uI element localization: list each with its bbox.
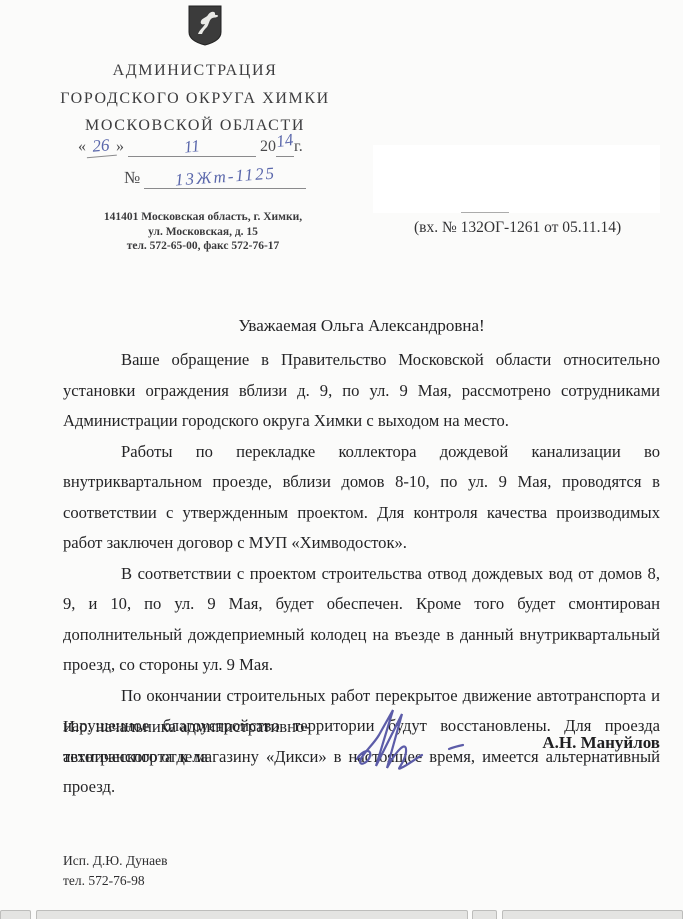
paragraph-1: Ваше обращение в Правительство Московско… — [63, 345, 660, 437]
scan-edge-segment — [0, 910, 31, 919]
executor-name: Исп. Д.Ю. Дунаев — [63, 851, 167, 871]
executor-phone: тел. 572-76-98 — [63, 871, 167, 891]
handwritten-day: 26 — [85, 135, 117, 159]
incoming-stamp: (вх. № 132ОГ-1261 от 05.11.14) — [414, 219, 669, 237]
paragraph-2: Работы по перекладке коллектора дождевой… — [63, 437, 660, 559]
letterhead-address: 141401 Московская область, г. Химки, ул.… — [8, 210, 398, 254]
date-line: «26» 11 2014г. — [78, 136, 303, 157]
handwritten-year: 14 — [276, 136, 294, 157]
number-label: № — [124, 168, 140, 187]
outgoing-number-line: №13Жт-1125 — [124, 168, 306, 189]
letterhead-org-name: АДМИНИСТРАЦИЯ ГОРОДСКОГО ОКРУГА ХИМКИ МО… — [0, 57, 390, 140]
scan-edge-segment — [36, 910, 468, 919]
paragraph-3: В соответствии с проектом строительства … — [63, 559, 660, 681]
signer-position-line-2: технического отдела — [63, 742, 310, 772]
redacted-underline — [461, 212, 509, 213]
signer-name: А.Н. Мануйлов — [542, 733, 660, 753]
handwritten-number: 13Жт-1125 — [144, 168, 306, 189]
salutation: Уважаемая Ольга Александровна! — [63, 316, 660, 336]
scan-edge-segment — [502, 910, 683, 919]
executor-block: Исп. Д.Ю. Дунаев тел. 572-76-98 — [63, 851, 167, 891]
century-printed: 20 — [260, 138, 276, 155]
scan-edge-strip — [0, 910, 683, 919]
khimki-coat-of-arms-icon — [186, 4, 224, 46]
signer-position: И.о. начальника административно- техниче… — [63, 712, 310, 772]
handwritten-signature — [345, 697, 475, 787]
address-line-3: тел. 572-65-00, факс 572-76-17 — [8, 239, 398, 254]
signer-position-line-1: И.о. начальника административно- — [63, 712, 310, 742]
scan-edge-segment — [472, 910, 497, 919]
address-line-1: 141401 Московская область, г. Химки, — [8, 210, 398, 225]
redacted-recipient-area — [373, 145, 660, 213]
close-quote: » — [116, 138, 124, 155]
scanned-letter-page: АДМИНИСТРАЦИЯ ГОРОДСКОГО ОКРУГА ХИМКИ МО… — [0, 0, 683, 919]
year-suffix: г. — [294, 138, 303, 155]
handwritten-month: 11 — [128, 136, 256, 157]
org-line-1: АДМИНИСТРАЦИЯ — [0, 57, 390, 85]
address-line-2: ул. Московская, д. 15 — [8, 225, 398, 240]
org-line-2: ГОРОДСКОГО ОКРУГА ХИМКИ — [0, 85, 390, 113]
